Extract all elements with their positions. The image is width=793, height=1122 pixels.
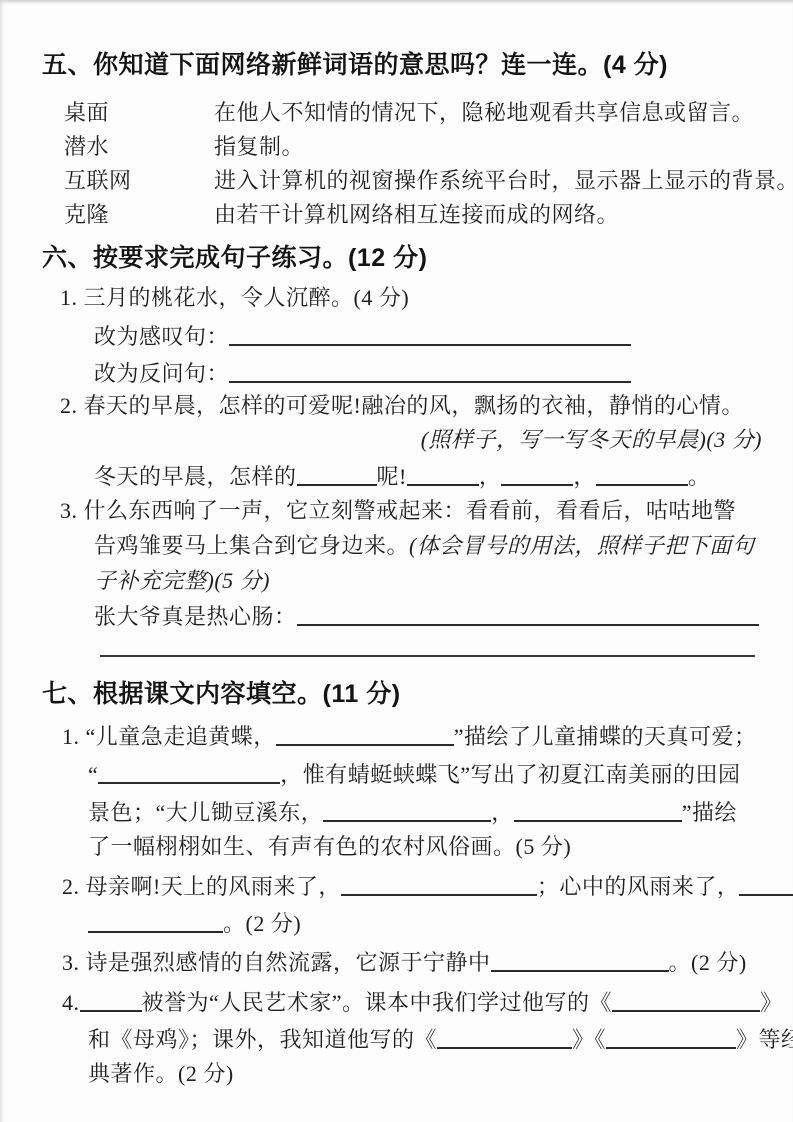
question-line: 4.被誉为“人民艺术家”。课本中我们学过他写的《》 xyxy=(62,986,783,1017)
fill-text: “ xyxy=(88,762,98,787)
fill-text: 2. 母亲啊!天上的风雨来了， xyxy=(62,874,341,899)
match-term: 潜水 xyxy=(64,133,214,161)
answer-blank xyxy=(612,988,760,1012)
question-line: 张大爷真是热心肠： xyxy=(94,600,759,631)
fill-text: 张大爷真是热心肠： xyxy=(94,604,297,629)
sub-question-label: 改为反问句： xyxy=(94,361,229,386)
hint-text: (体会冒号的用法，照样子把下面句 xyxy=(409,533,754,558)
question-line: 冬天的早晨，怎样的呢!，，。 xyxy=(94,460,710,491)
fill-text: ， xyxy=(479,464,502,489)
answer-blank xyxy=(229,359,631,383)
fill-text: ”描绘 xyxy=(682,800,737,825)
fill-text: 冬天的早晨，怎样的 xyxy=(94,464,297,489)
answer-blank xyxy=(596,462,688,486)
fill-text: 呢! xyxy=(377,464,407,489)
fill-text: 。(2 分) xyxy=(669,950,747,975)
match-definition: 指复制。 xyxy=(214,134,304,159)
fill-text: ”描绘了儿童捕蝶的天真可爱； xyxy=(454,724,757,749)
answer-rule-line xyxy=(100,655,755,657)
question-line: 1. “儿童急走追黄蝶，”描绘了儿童捕蝶的天真可爱； xyxy=(62,720,757,751)
answer-blank xyxy=(437,1025,572,1049)
fill-text: 3. 诗是强烈感情的自然流露，它源于宁静中 xyxy=(62,950,491,975)
match-definition: 进入计算机的视窗操作系统平台时，显示器上显示的背景。 xyxy=(214,168,793,193)
fill-text: 和《母鸡》；课外，我知道他写的《 xyxy=(88,1027,437,1052)
question-line: 2. 母亲啊!天上的风雨来了，；心中的风雨来了， xyxy=(62,870,793,901)
section-7-heading: 七、根据课文内容填空。(11 分) xyxy=(42,679,401,710)
match-term: 克隆 xyxy=(64,201,214,229)
section-6-heading: 六、按要求完成句子练习。(12 分) xyxy=(42,243,427,274)
fill-text: 》 xyxy=(760,990,783,1015)
fill-text: 。 xyxy=(688,464,711,489)
match-row: 克隆由若干计算机网络相互连接而成的网络。 xyxy=(64,201,619,229)
question-line: 了一幅栩栩如生、有声有色的农村风俗画。(5 分) xyxy=(88,833,571,861)
question-line: 告鸡雏要马上集合到它身边来。(体会冒号的用法，照样子把下面句 xyxy=(94,532,754,560)
hint-text: 子补充完整)(5 分) xyxy=(94,567,270,595)
match-term: 互联网 xyxy=(64,167,214,195)
fill-text: 》等经 xyxy=(736,1027,793,1052)
answer-blank xyxy=(229,322,631,346)
fill-text: 。(2 分) xyxy=(223,911,301,936)
question-line: 典著作。(2 分) xyxy=(88,1060,234,1088)
answer-blank xyxy=(514,798,682,822)
match-term: 桌面 xyxy=(64,99,214,127)
question-line: 和《母鸡》；课外，我知道他写的《》《》等经 xyxy=(88,1023,793,1054)
answer-blank xyxy=(606,1025,736,1049)
question-stem: 1. 三月的桃花水，令人沉醉。(4 分) xyxy=(60,284,409,312)
question-line: 。(2 分) xyxy=(88,907,301,938)
answer-blank xyxy=(297,602,759,626)
fill-text: 被誉为“人民艺术家”。课本中我们学过他写的《 xyxy=(142,990,613,1015)
answer-blank xyxy=(98,760,280,784)
section-5-heading: 五、你知道下面网络新鲜词语的意思吗？连一连。(4 分) xyxy=(42,50,668,81)
question-stem: 3. 什么东西响了一声，它立刻警戒起来：看看前，看看后，咕咕地警 xyxy=(60,497,736,525)
fill-text: ， xyxy=(573,464,596,489)
fill-text: ；心中的风雨来了， xyxy=(537,874,740,899)
answer-blank xyxy=(80,988,142,1012)
answer-blank xyxy=(297,462,377,486)
answer-blank xyxy=(407,462,479,486)
fill-text: 》《 xyxy=(572,1027,606,1052)
hint-text: (照样子，写一写冬天的早晨)(3 分) xyxy=(0,426,762,454)
answer-blank xyxy=(341,872,537,896)
fill-text: 1. “儿童急走追黄蝶， xyxy=(62,724,276,749)
answer-blank xyxy=(323,798,491,822)
match-row: 桌面在他人不知情的情况下，隐秘地观看共享信息或留言。 xyxy=(64,99,754,127)
fill-text: ， xyxy=(491,800,514,825)
answer-blank xyxy=(491,948,669,972)
question-line: “，惟有蜻蜓蛱蝶飞”写出了初夏江南美丽的田园 xyxy=(88,758,741,789)
question-stem: 2. 春天的早晨，怎样的可爱呢!融冶的风，飘扬的衣袖，静悄的心情。 xyxy=(60,392,744,420)
match-definition: 由若干计算机网络相互连接而成的网络。 xyxy=(214,202,619,227)
question-line: 改为反问句： xyxy=(94,357,631,388)
answer-blank xyxy=(88,909,223,933)
exam-page: 五、你知道下面网络新鲜词语的意思吗？连一连。(4 分) 桌面在他人不知情的情况下… xyxy=(0,0,793,1122)
answer-blank xyxy=(501,462,573,486)
fill-text: ，惟有蜻蜓蛱蝶飞”写出了初夏江南美丽的田园 xyxy=(280,762,740,787)
match-definition: 在他人不知情的情况下，隐秘地观看共享信息或留言。 xyxy=(214,100,754,125)
fill-text: 4. xyxy=(62,990,80,1015)
question-line: 3. 诗是强烈感情的自然流露，它源于宁静中。(2 分) xyxy=(62,946,747,977)
sub-question-label: 改为感叹句： xyxy=(94,324,229,349)
answer-blank xyxy=(739,872,793,896)
question-line: 改为感叹句： xyxy=(94,320,631,351)
match-row: 潜水指复制。 xyxy=(64,133,304,161)
match-row: 互联网进入计算机的视窗操作系统平台时，显示器上显示的背景。 xyxy=(64,167,793,195)
fill-text: 景色；“大儿锄豆溪东， xyxy=(88,800,323,825)
answer-blank xyxy=(276,722,454,746)
fill-text: 告鸡雏要马上集合到它身边来。 xyxy=(94,533,409,558)
question-line: 景色；“大儿锄豆溪东，，”描绘 xyxy=(88,796,737,827)
